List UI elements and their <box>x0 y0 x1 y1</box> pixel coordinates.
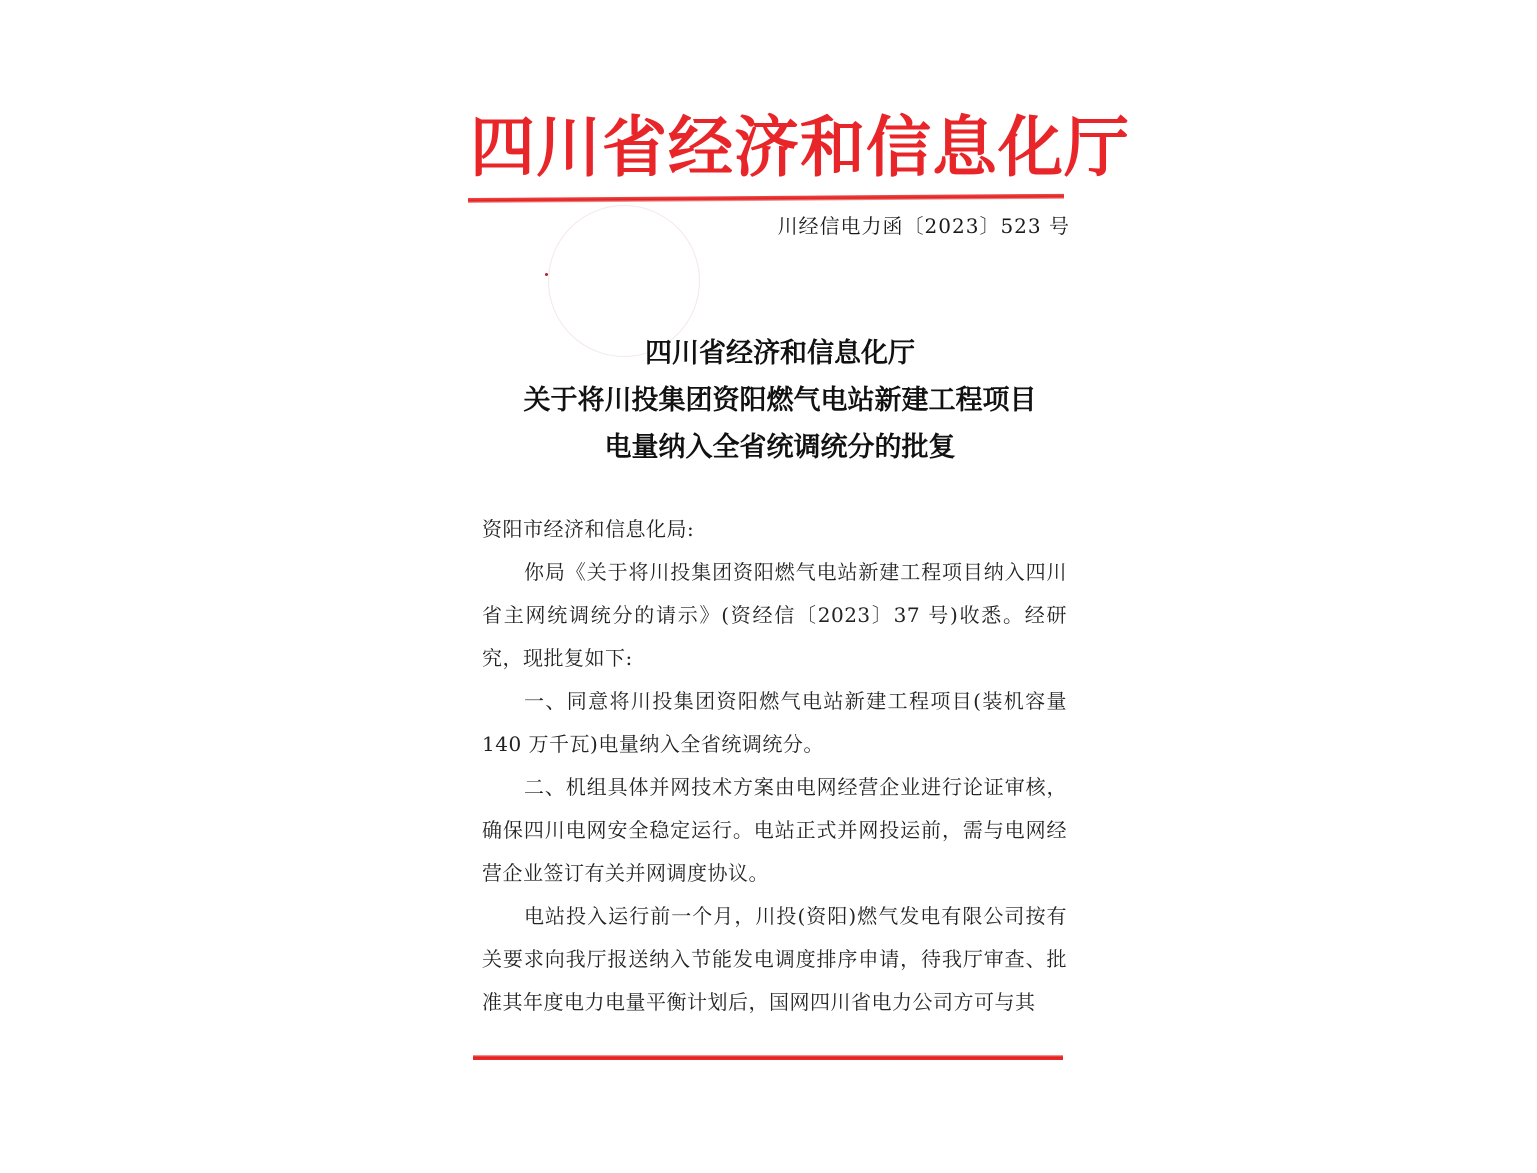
title-line-2: 关于将川投集团资阳燃气电站新建工程项目 <box>470 377 1090 424</box>
title-line-1: 四川省经济和信息化厅 <box>470 330 1090 377</box>
paragraph-item-1: 一、同意将川投集团资阳燃气电站新建工程项目(装机容量 140 万千瓦)电量纳入全… <box>482 680 1067 766</box>
document-title: 四川省经济和信息化厅 关于将川投集团资阳燃气电站新建工程项目 电量纳入全省统调统… <box>470 330 1090 471</box>
paragraph-request-received: 你局《关于将川投集团资阳燃气电站新建工程项目纳入四川省主网统调统分的请示》(资经… <box>482 551 1067 680</box>
salutation: 资阳市经济和信息化局: <box>482 508 1067 551</box>
document-body: 资阳市经济和信息化局: 你局《关于将川投集团资阳燃气电站新建工程项目纳入四川省主… <box>482 508 1067 1024</box>
document-number: 川经信电力函〔2023〕523 号 <box>778 210 1070 242</box>
footer-red-rule <box>473 1055 1063 1060</box>
stamp-mark <box>545 273 548 276</box>
title-line-3: 电量纳入全省统调统分的批复 <box>470 424 1090 471</box>
document-page: 四川省经济和信息化厅 川经信电力函〔2023〕523 号 四川省经济和信息化厅 … <box>0 0 1537 1173</box>
masthead-red-rule <box>468 194 1064 203</box>
masthead-organization: 四川省经济和信息化厅 <box>470 108 1061 188</box>
paragraph-operation-notice: 电站投入运行前一个月，川投(资阳)燃气发电有限公司按有关要求向我厅报送纳入节能发… <box>482 895 1067 1024</box>
paragraph-item-2: 二、机组具体并网技术方案由电网经营企业进行论证审核，确保四川电网安全稳定运行。电… <box>482 766 1067 895</box>
